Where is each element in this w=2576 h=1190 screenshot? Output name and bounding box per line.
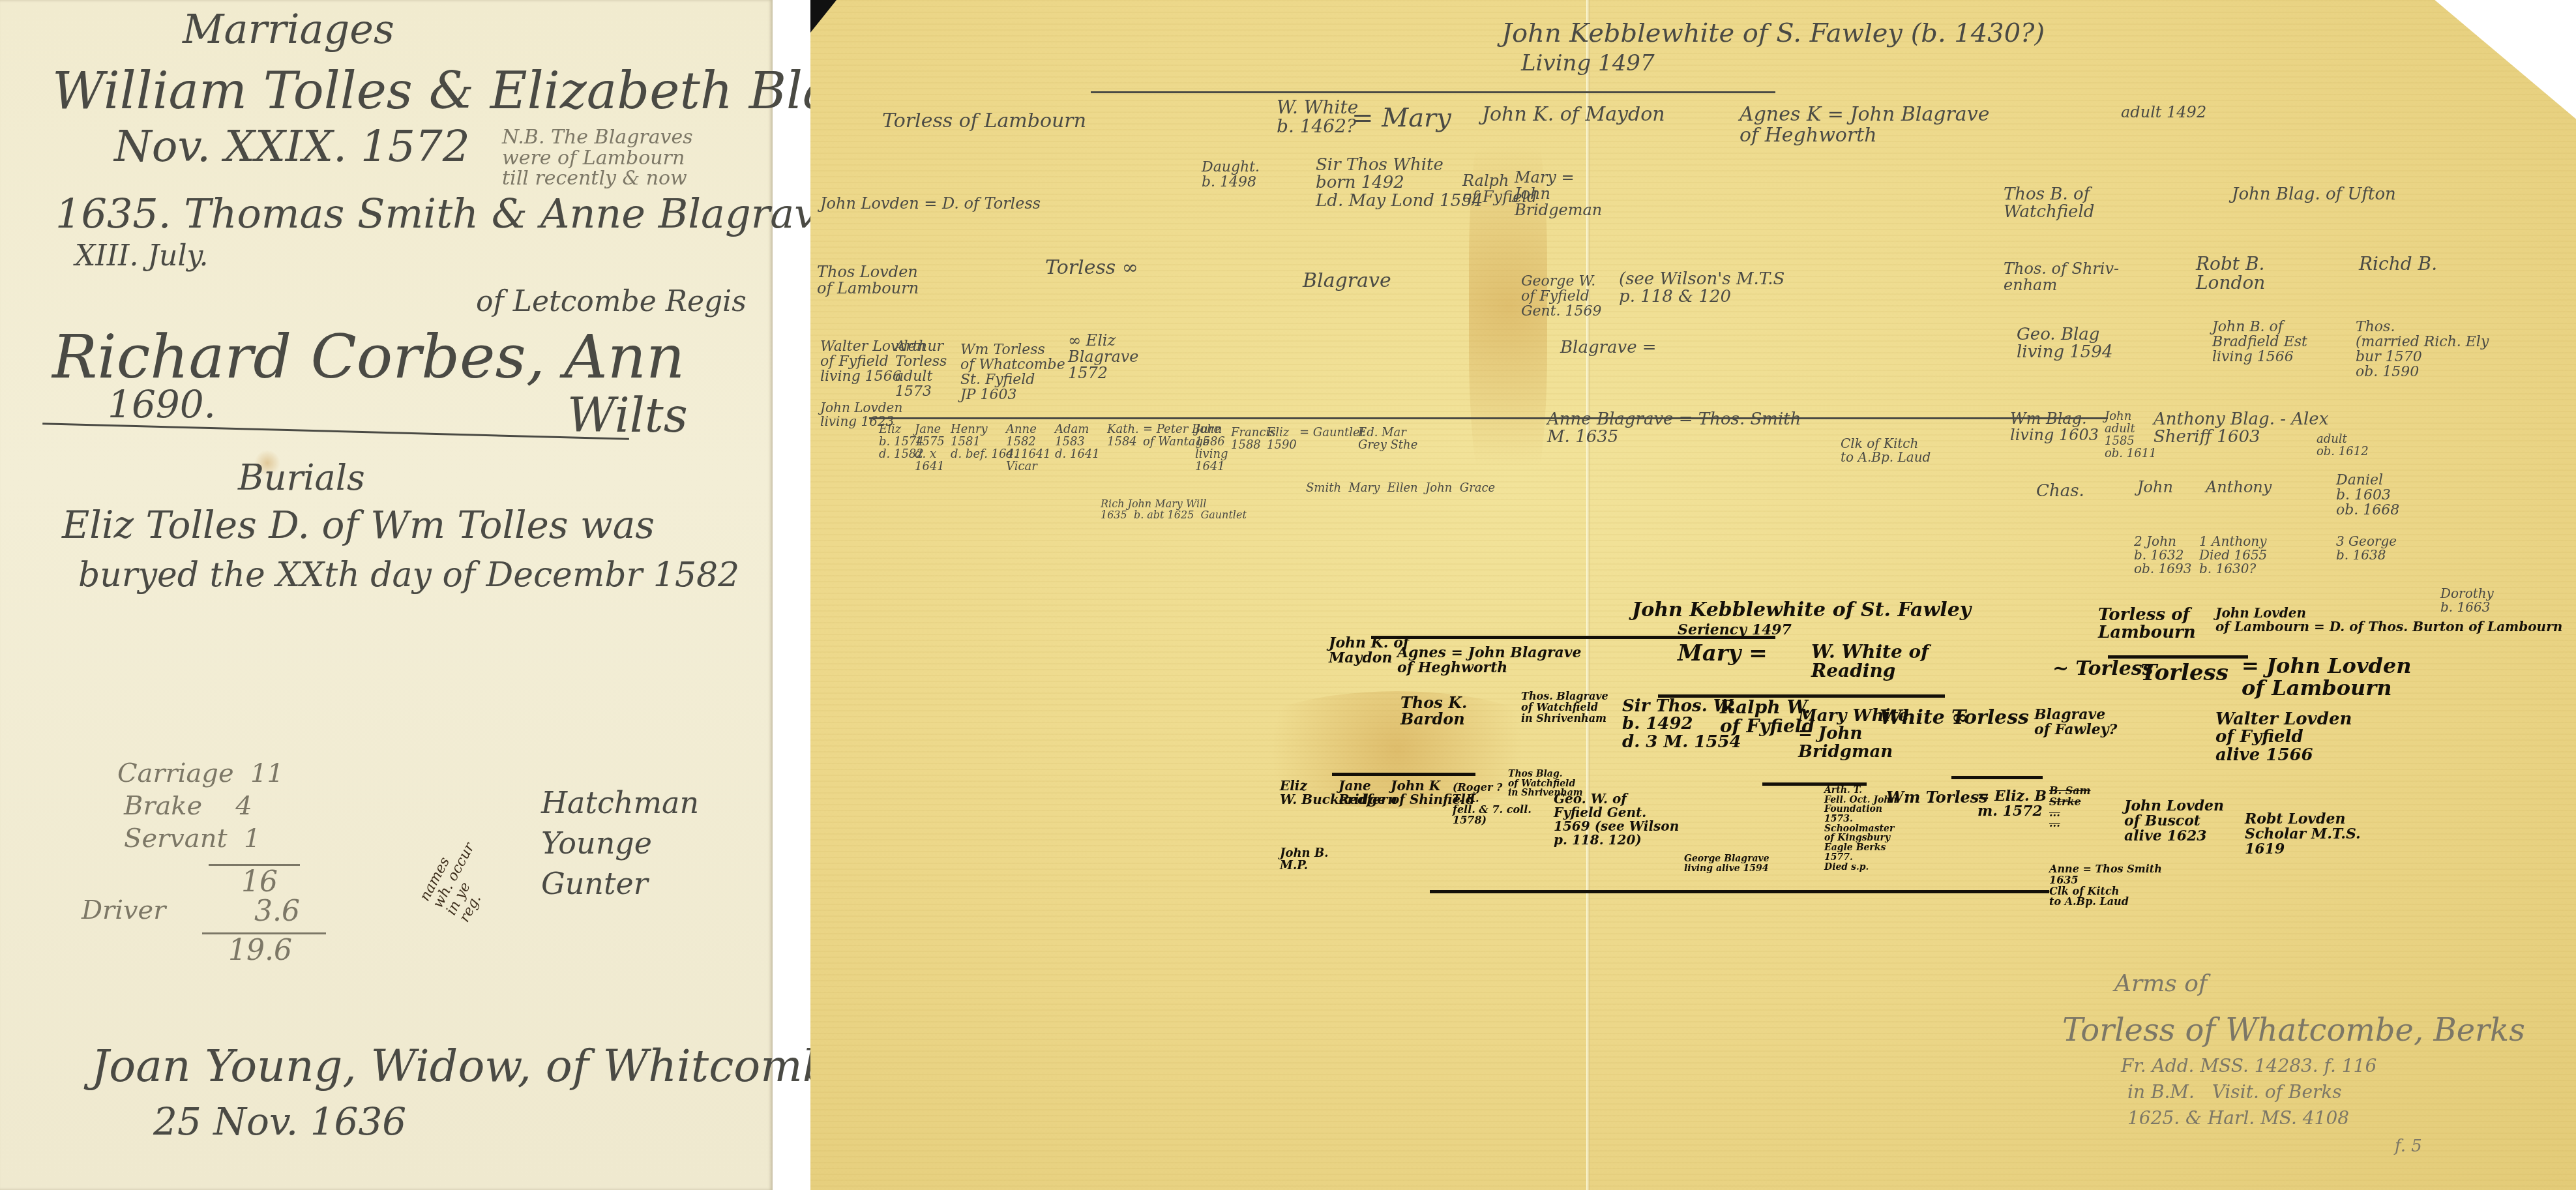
parish-register-notes-sheet: Marriages William Tolles & Elizabeth Bla… <box>0 0 773 1190</box>
ink-robt-lovden: Robt Lovden Scholar M.T.S. 1619 <box>2245 812 2361 857</box>
john-blag-ufton: John Blag. of Ufton <box>2232 186 2396 203</box>
mary-john-bridgeman: Mary = John Bridgeman <box>1515 170 1602 219</box>
folio-reference: f. 5 <box>2395 1138 2422 1155</box>
burials-heading: Burials <box>238 460 365 497</box>
grandchildren-dates: Rich John Mary Will 1635 b. abt 1625 Gau… <box>1101 499 1247 521</box>
ink-struck-entry: B. Sam Strke ... ... <box>2049 786 2091 829</box>
ink-torless-lambourn: Torless of Lambourn <box>2098 606 2196 642</box>
harl-ms-reference: 1625. & Harl. MS. 4108 <box>2127 1108 2349 1127</box>
account-brake: Brake 4 <box>124 792 252 820</box>
wm-torless-whatcombe: Wm Torless of Whatcombe St. Fyfield JP 1… <box>960 342 1065 402</box>
letcombe-regis-note: of Letcombe Regis <box>476 287 747 317</box>
marriage-date-1572: Nov. XXIX. 1572 <box>114 124 470 169</box>
torless-infinity: Torless ∞ <box>1045 258 1138 278</box>
thos-ely: Thos. (married Rich. Ely bur 1570 ob. 15… <box>2356 320 2489 379</box>
john-1632: 2 John b. 1632 ob. 1693 <box>2134 535 2191 576</box>
anthony-gen2: Anthony <box>2206 479 2272 496</box>
child: Anne 1582 d. 1641 Vicar <box>1006 424 1051 473</box>
john-k-of-maydon: John K. of Maydon <box>1482 104 1665 125</box>
child: Jane 1575 d. x 1641 <box>915 424 945 473</box>
child: Ed. Mar Grey Sthe <box>1358 427 1417 452</box>
ink-eliz-b-1572: = Eliz. B m. 1572 <box>1977 789 2047 819</box>
george-1638: 3 George b. 1638 <box>2336 535 2397 562</box>
chas: Chas. <box>2036 483 2084 500</box>
anthony-blag-sheriff: Anthony Blag. - Alex Sheriff 1603 <box>2154 411 2328 447</box>
child: Adam 1583 d. 1641 <box>1055 424 1100 461</box>
wilts-note: Wilts <box>567 391 688 441</box>
ink-john-lovden-buscot: John Lovden of Buscot alive 1623 <box>2124 799 2224 844</box>
ink-blagrave-fawley: Blagrave of Fawley? <box>2034 707 2117 737</box>
eliz-blagrave-1572: ∞ Eliz Blagrave 1572 <box>1068 333 1139 382</box>
visitation-berks: in B.M. Visit. of Berks <box>2127 1082 2342 1101</box>
ink-root-kebblewhite: John Kebblewhite of St. Fawley <box>1632 600 1971 621</box>
account-subtotal: 16 <box>241 867 278 897</box>
john-lovden-torless: John Lovden = D. of Torless <box>820 196 1041 212</box>
robt-b-london: Robt B. London <box>2196 254 2265 293</box>
richd-b: Richd B. <box>2359 254 2437 273</box>
corner-mark <box>810 0 836 33</box>
ink-bottom-line <box>1430 890 2049 893</box>
thos-of-shrivenham: Thos. of Shriv- enham <box>2004 261 2119 293</box>
surnames-hatchman-younge-gunter: Hatchman Younge Gunter <box>541 782 699 904</box>
ink-john-lovden-lambourn: John Lovden of Lambourn = D. of Thos. Bu… <box>2215 606 2562 634</box>
pedigree-root-kebblewhite: John Kebblewhite of S. Fawley (b. 1430?) <box>1502 20 2045 47</box>
grandchildren-row: Smith Mary Ellen John Grace <box>1306 483 1495 495</box>
george-w-fyfield: George W. of Fyfield Gent. 1569 <box>1521 274 1602 319</box>
thos-lovden-lambourn: Thos Lovden of Lambourn <box>817 264 919 297</box>
ink-torless-1: Torless <box>1951 707 2029 728</box>
clerk-of-kitchen-note: Clk of Kitch to A.Bp. Laud <box>1841 437 1931 464</box>
sir-thos-white: Sir Thos White born 1492 Ld. May Lond 15… <box>1316 156 1483 210</box>
burial-entry-eliz-tolles: Eliz Tolles D. of Wm Tolles was <box>62 505 655 545</box>
add-mss-reference: Fr. Add. MSS. 14283. f. 116 <box>2121 1056 2376 1075</box>
ink-jane-redfern: Jane Redfern <box>1339 779 1397 807</box>
blagrave-lambourn-note: N.B. The Blagraves were of Lambourn till… <box>502 127 693 189</box>
torless-of-whatcombe: Torless of Whatcombe, Berks <box>2062 1014 2525 1047</box>
account-servant: Servant 1 <box>124 825 260 852</box>
blagrave: Blagrave <box>1303 271 1391 291</box>
alex-adult-note: adult ob. 1612 <box>2317 434 2369 458</box>
account-carriage: Carriage 11 <box>117 760 284 787</box>
john-gen2: John <box>2137 479 2173 496</box>
john-adult-1585: John adult 1585 ob. 1611 <box>2105 411 2157 460</box>
ink-thos-k-bardon: Thos K. Bardon <box>1400 694 1467 727</box>
child: John 1586 living 1641 <box>1195 424 1228 473</box>
ink-john-b-mp: John B. M.P. <box>1280 848 1328 872</box>
ink-mary: Mary = <box>1678 642 1768 666</box>
ink-generation-line <box>1371 636 1775 639</box>
generation-line <box>1091 91 1775 93</box>
w-white: W. White b. 1462? <box>1277 98 1358 136</box>
ink-anne-thos-smith: Anne = Thos Smith 1635 Clk of Kitch to A… <box>2049 864 2162 908</box>
blagrave-spouse: Blagrave = <box>1560 339 1657 357</box>
agnes-john-blagrave: Agnes K = John Blagrave of Heghworth <box>1740 104 1989 145</box>
arthur-torless: Arthur Torless adult 1573 <box>895 339 947 399</box>
geo-blag-1594: Geo. Blag living 1594 <box>2017 326 2112 362</box>
burial-entry-joan-young: Joan Young, Widow, of Whitcombe <box>91 1043 857 1090</box>
section-divider <box>42 423 629 440</box>
ink-george-blagrave: George Blagrave living alive 1594 <box>1684 854 1769 873</box>
daniel-1603: Daniel b. 1603 ob. 1668 <box>2336 473 2399 518</box>
ink-agnes-john-blagrave: Agnes = John Blagrave of Heghworth <box>1397 646 1582 676</box>
child: = Gauntlet <box>1299 427 1365 439</box>
ink-generation-line <box>1332 773 1475 776</box>
pedigree-chart-sheet: John Kebblewhite of S. Fawley (b. 1430?)… <box>810 0 2576 1190</box>
root-living-1497: Living 1497 <box>1521 52 1655 76</box>
wilson-mts-reference: (see Wilson's M.T.S p. 118 & 120 <box>1619 271 1784 306</box>
ink-walter-lovden: Walter Lovden of Fyfield alive 1566 <box>2215 711 2352 764</box>
marriage-date-xiii-july: XIII. July. <box>75 241 209 271</box>
account-driver-value: 3.6 <box>254 897 300 927</box>
ink-torless-2: ~ Torless <box>2052 659 2154 679</box>
marriage-entry-corbes: Richard Corbes, Ann <box>52 326 685 389</box>
john-b-bradfield: John B. of Bradfield Est living 1566 <box>2212 320 2307 364</box>
child: Eliz 1590 <box>1267 427 1297 452</box>
names-in-register-note: names wh. occur in ye reg. <box>417 833 504 925</box>
thos-b-watchfield: Thos B. of Watchfield <box>2004 186 2094 222</box>
adult-1492-note: adult 1492 <box>2121 104 2206 121</box>
anne-blagrave-thos-smith: Anne Blagrave = Thos. Smith M. 1635 <box>1547 411 1801 447</box>
marriage-year-1690: 1690. <box>108 385 216 424</box>
ink-thos-blagrave-watchfield: Thos. Blagrave of Watchfield in Shrivenh… <box>1521 691 1608 724</box>
child: Kath. 1584 <box>1107 424 1139 449</box>
marriages-heading: Marriages <box>183 8 394 50</box>
generation-line <box>869 417 2108 419</box>
account-driver-label: Driver <box>81 897 166 924</box>
ink-w-white-reading: W. White of Reading <box>1811 642 1929 681</box>
daughter-1498: Daught. b. 1498 <box>1202 160 1260 190</box>
anthony-1655: 1 Anthony Died 1655 b. 1630? <box>2199 535 2267 576</box>
marriage-entry-smith-blagrave: 1635. Thomas Smith & Anne Blagrave <box>55 192 841 235</box>
ink-wm-torless: Wm Torless <box>1886 789 1988 805</box>
mary: = Mary <box>1352 104 1451 132</box>
arms-of-heading: Arms of <box>2114 972 2207 996</box>
burial-date-1636: 25 Nov. 1636 <box>153 1102 406 1142</box>
burial-date-1582: buryed the XXth day of Decembr 1582 <box>78 558 739 593</box>
ink-torless-3: Torless <box>2140 662 2228 685</box>
ink-generation-line <box>1951 776 2043 779</box>
account-total: 19.6 <box>228 936 292 966</box>
wm-blag-1603: Wm Blag. living 1603 <box>2010 411 2099 443</box>
ink-geo-w-fyfield: Geo. W. of Fyfield Gent. 1569 (see Wilso… <box>1554 792 1679 847</box>
ink-john-lovden-big: = John Lovden of Lambourn <box>2242 655 2412 699</box>
torless-of-lambourn: Torless of Lambourn <box>882 111 1086 132</box>
